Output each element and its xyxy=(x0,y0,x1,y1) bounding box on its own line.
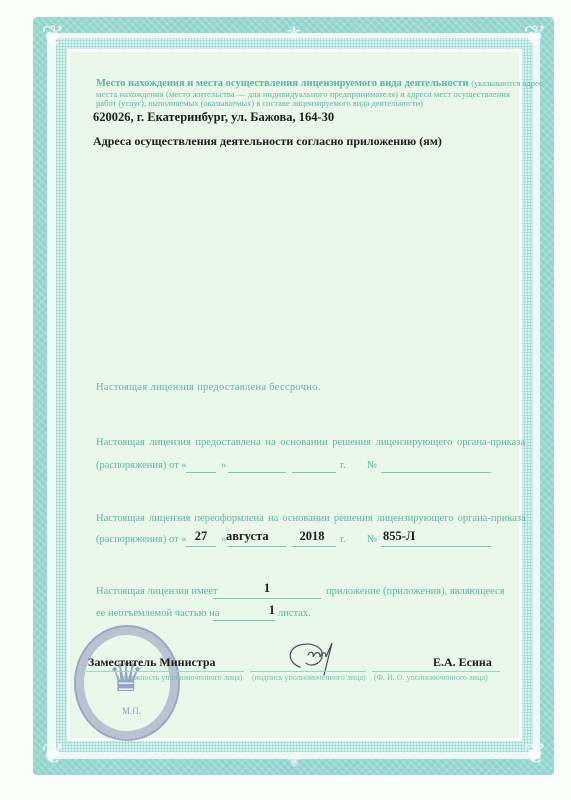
location-heading-note-line3: работ (услуг), выполняемых (оказываемых)… xyxy=(96,98,423,108)
licensee-address: 620026, г. Екатеринбург, ул. Бажова, 164… xyxy=(93,110,334,125)
term-statement: Настоящая лицензия предоставлена бессроч… xyxy=(96,382,321,393)
location-heading-note: (указываются адрес xyxy=(471,78,543,88)
grant-order-prefix: (распоряжения) от « xyxy=(96,460,187,471)
signatory-position: Заместитель Министра xyxy=(88,655,216,670)
appendix-line1-suffix: приложение (приложения), являющееся xyxy=(326,586,505,597)
grant-number-field xyxy=(381,458,491,473)
grant-year-suffix: г. xyxy=(340,460,346,471)
appendix-line2-suffix: листах. xyxy=(278,608,311,619)
grant-month-field xyxy=(228,458,286,473)
signature-line xyxy=(250,671,366,672)
stamp-mark: М.П. xyxy=(122,706,141,716)
name-signature-line xyxy=(372,671,500,672)
reissue-month-value: августа xyxy=(226,529,284,544)
reissue-day-value: 27 xyxy=(186,529,216,544)
corner-ornament-icon: ❦ xyxy=(518,738,552,772)
location-heading: Место нахождения и места осуществления л… xyxy=(96,78,543,89)
grant-year-field xyxy=(292,458,336,473)
location-heading-title: Место нахождения и места осуществления л… xyxy=(96,78,469,89)
reissue-number-value: 855-Л xyxy=(383,529,493,544)
fleur-de-lis-icon: ⚜ xyxy=(282,22,306,44)
grant-day-field xyxy=(186,458,216,473)
sheet-count-value: 1 xyxy=(213,603,275,618)
signature-caption: (подпись уполномоченного лица) xyxy=(252,673,366,682)
corner-ornament-icon: ❦ xyxy=(36,20,70,54)
grant-number-label: № xyxy=(367,460,377,471)
position-signature-line xyxy=(86,671,244,672)
appendix-count-value: 1 xyxy=(213,581,321,596)
fleur-de-lis-icon: ⚜ xyxy=(282,750,306,772)
reissue-statement: Настоящая лицензия переоформлена на осно… xyxy=(96,513,526,524)
appendix-line2-prefix: ее неотъемлемой частью на xyxy=(96,608,219,619)
reissue-year-suffix: г. xyxy=(340,534,346,545)
grant-statement: Настоящая лицензия предоставлена на осно… xyxy=(96,437,525,448)
name-caption: (Ф. И. О. уполномоченного лица) xyxy=(374,673,488,682)
reissue-number-label: № xyxy=(367,534,377,545)
activity-addresses: Адреса осуществления деятельности соглас… xyxy=(93,134,442,149)
corner-ornament-icon: ❦ xyxy=(518,20,552,54)
grant-quote-close: » xyxy=(221,460,226,471)
appendix-line1-prefix: Настоящая лицензия имеет xyxy=(96,586,218,597)
position-caption: (должность уполномоченного лица) xyxy=(120,673,242,682)
corner-ornament-icon: ❦ xyxy=(36,738,70,772)
reissue-year-value: 2018 xyxy=(290,529,334,544)
signatory-name: Е.А. Есина xyxy=(433,655,492,670)
reissue-order-prefix: (распоряжения) от « xyxy=(96,534,187,545)
